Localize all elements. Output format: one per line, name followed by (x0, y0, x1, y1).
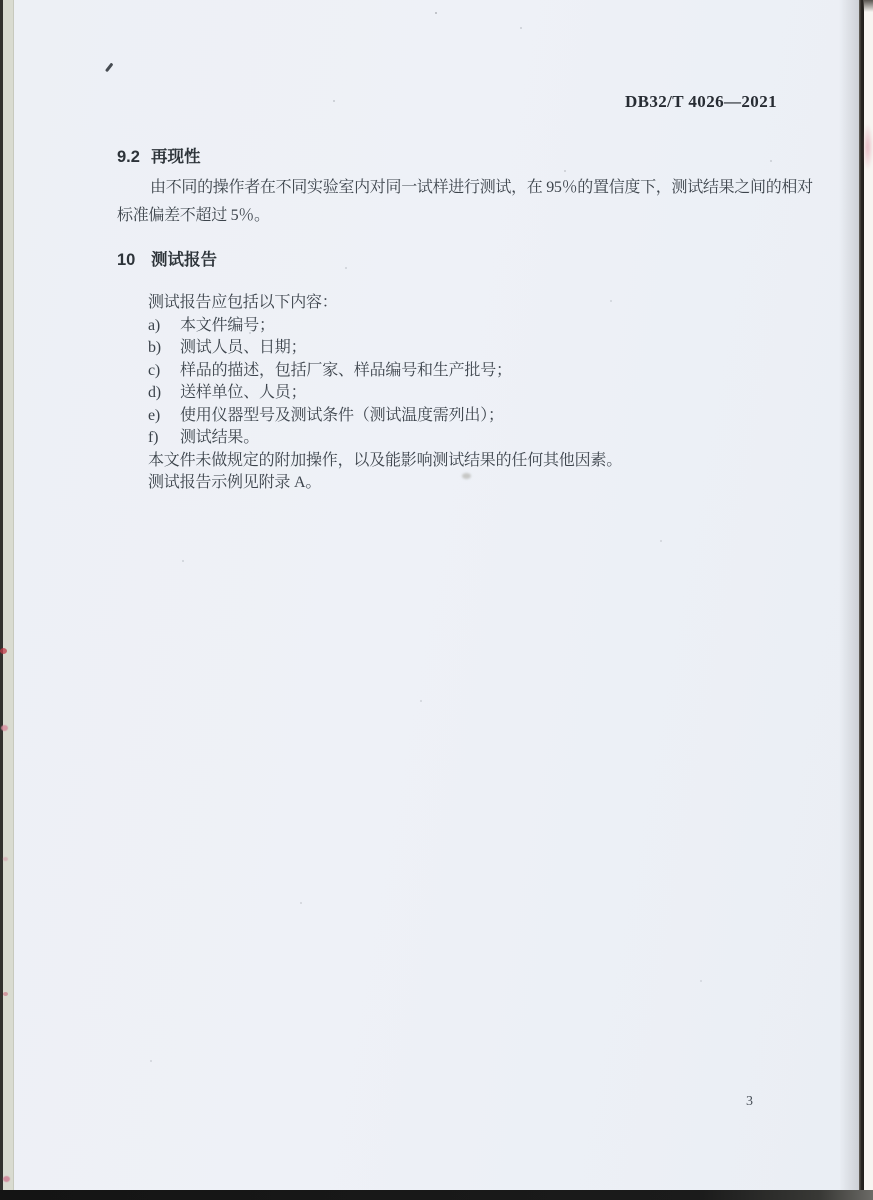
list-item-label: a) (148, 315, 180, 338)
report-contents-block: 测试报告应包括以下内容： a)本文件编号； b)测试人员、日期； c)样品的描述… (117, 292, 780, 495)
section-10-heading: 10测试报告 (117, 246, 217, 270)
list-item-text: 使用仪器型号及测试条件（测试温度需列出）； (180, 407, 504, 424)
list-item-text: 本文件编号； (180, 317, 275, 334)
list-item-label: c) (148, 360, 180, 383)
scan-right-strip-top-cap (863, 0, 873, 12)
scan-bottom-band (0, 1190, 873, 1200)
paragraph-line: 由不同的操作者在不同实验室内对同一试样进行测试，在 95％的置信度下，测试结果之… (117, 174, 780, 202)
list-item: e)使用仪器型号及测试条件（测试温度需列出）； (148, 405, 780, 428)
list-item-label: e) (148, 405, 180, 428)
list-item: d)送样单位、人员； (148, 382, 780, 405)
list-item-text: 样品的描述，包括厂家、样品编号和生产批号； (180, 362, 512, 379)
list-item-text: 测试人员、日期； (180, 339, 306, 356)
scan-left-strip (3, 0, 14, 1200)
paper-specks (0, 0, 2, 2)
pen-mark (105, 63, 113, 72)
closing-line: 测试报告示例见附录 A。 (148, 472, 780, 495)
list-item-text: 测试结果。 (180, 429, 259, 446)
doc-code: DB32/T 4026—2021 (625, 92, 777, 112)
list-item: a)本文件编号； (148, 315, 780, 338)
list-item-label: f) (148, 427, 180, 450)
page-right-shadow (839, 0, 859, 1200)
list-item-label: d) (148, 382, 180, 405)
list-item: b)测试人员、日期； (148, 337, 780, 360)
list-item: f)测试结果。 (148, 427, 780, 450)
section-9-2-paragraph: 由不同的操作者在不同实验室内对同一试样进行测试，在 95％的置信度下，测试结果之… (117, 174, 780, 230)
report-intro: 测试报告应包括以下内容： (148, 292, 780, 315)
list-item: c)样品的描述，包括厂家、样品编号和生产批号； (148, 360, 780, 383)
section-10-title: 测试报告 (151, 251, 217, 269)
section-9-2-title: 再现性 (151, 148, 201, 166)
section-10-number: 10 (117, 251, 151, 270)
page-number: 3 (746, 1094, 753, 1110)
section-9-2-heading: 9.2再现性 (117, 143, 201, 167)
scanned-page: DB32/T 4026—2021 9.2再现性 由不同的操作者在不同实验室内对同… (0, 0, 873, 1200)
list-item-text: 送样单位、人员； (180, 384, 306, 401)
section-9-2-number: 9.2 (117, 148, 151, 167)
closing-line: 本文件未做规定的附加操作，以及能影响测试结果的任何其他因素。 (148, 450, 780, 473)
paragraph-line: 标准偏差不超过 5％。 (117, 202, 780, 230)
right-strip-pink-smudge (864, 124, 873, 170)
list-item-label: b) (148, 337, 180, 360)
scan-right-strip (864, 0, 873, 1200)
